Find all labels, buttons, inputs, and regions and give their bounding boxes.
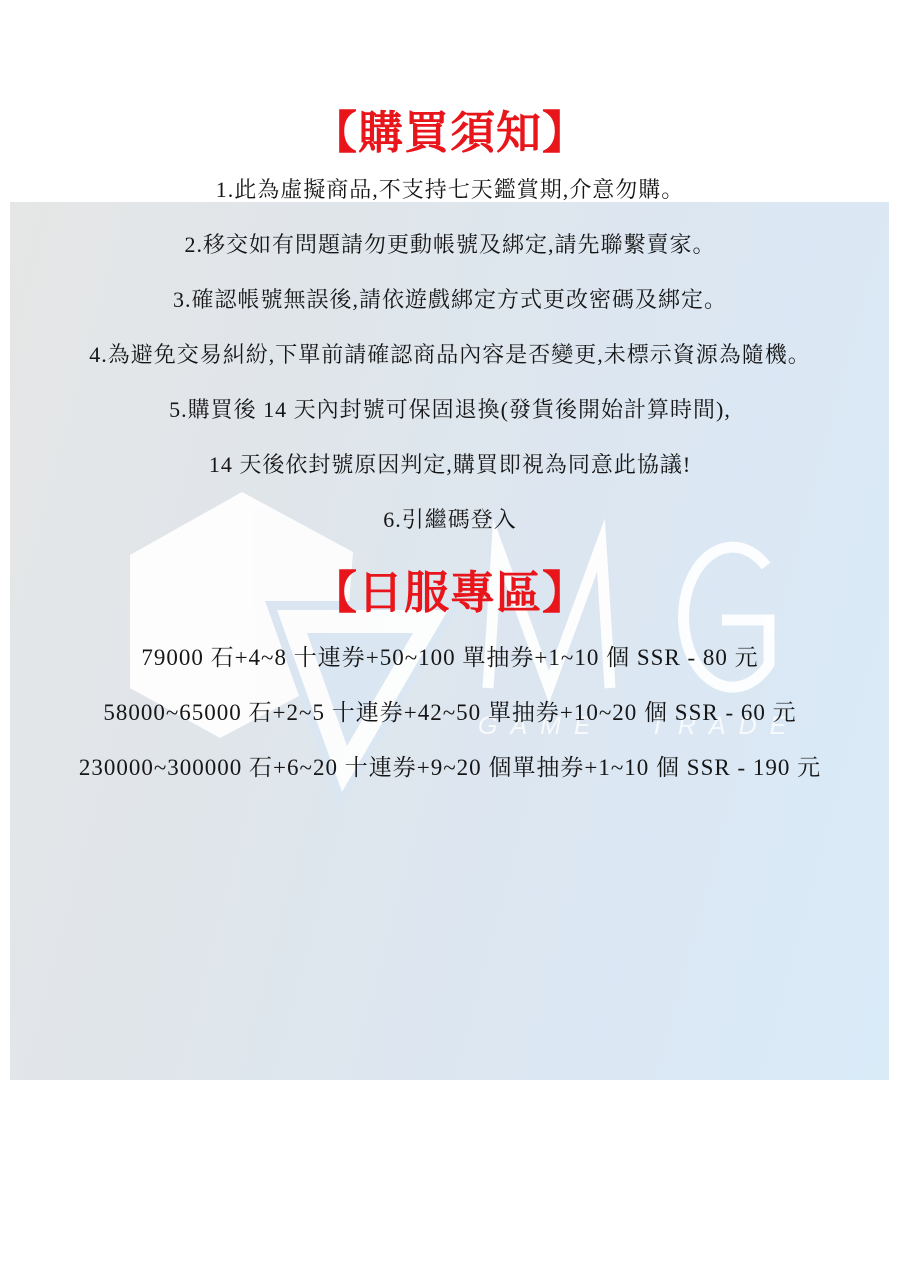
notice-line-4: 4.為避免交易糾紛,下單前請確認商品內容是否變更,未標示資源為隨機。	[0, 338, 900, 369]
notice-line-5-continued: 14 天後依封號原因判定,購買即視為同意此協議!	[0, 448, 900, 479]
jp-server-section-title: 【日服專區】	[0, 556, 900, 621]
notice-line-6: 6.引繼碼登入	[0, 503, 900, 534]
notice-line-2: 2.移交如有問題請勿更動帳號及綁定,請先聯繫賣家。	[0, 228, 900, 259]
purchase-notice-title: 【購買須知】	[0, 96, 900, 161]
product-notice-page: GAME TRADE 【購買須知】 1.此為虛擬商品,不支持七天鑑賞期,介意勿購…	[0, 0, 900, 1273]
notice-line-3: 3.確認帳號無誤後,請依遊戲綁定方式更改密碼及綁定。	[0, 283, 900, 314]
price-line-2: 58000~65000 石+2~5 十連券+42~50 單抽券+10~20 個 …	[0, 694, 900, 727]
price-line-1: 79000 石+4~8 十連券+50~100 單抽券+1~10 個 SSR - …	[0, 639, 900, 672]
notice-line-1: 1.此為虛擬商品,不支持七天鑑賞期,介意勿購。	[0, 173, 900, 204]
notice-line-5: 5.購買後 14 天內封號可保固退換(發貨後開始計算時間),	[0, 393, 900, 424]
price-line-3: 230000~300000 石+6~20 十連券+9~20 個單抽券+1~10 …	[0, 749, 900, 782]
